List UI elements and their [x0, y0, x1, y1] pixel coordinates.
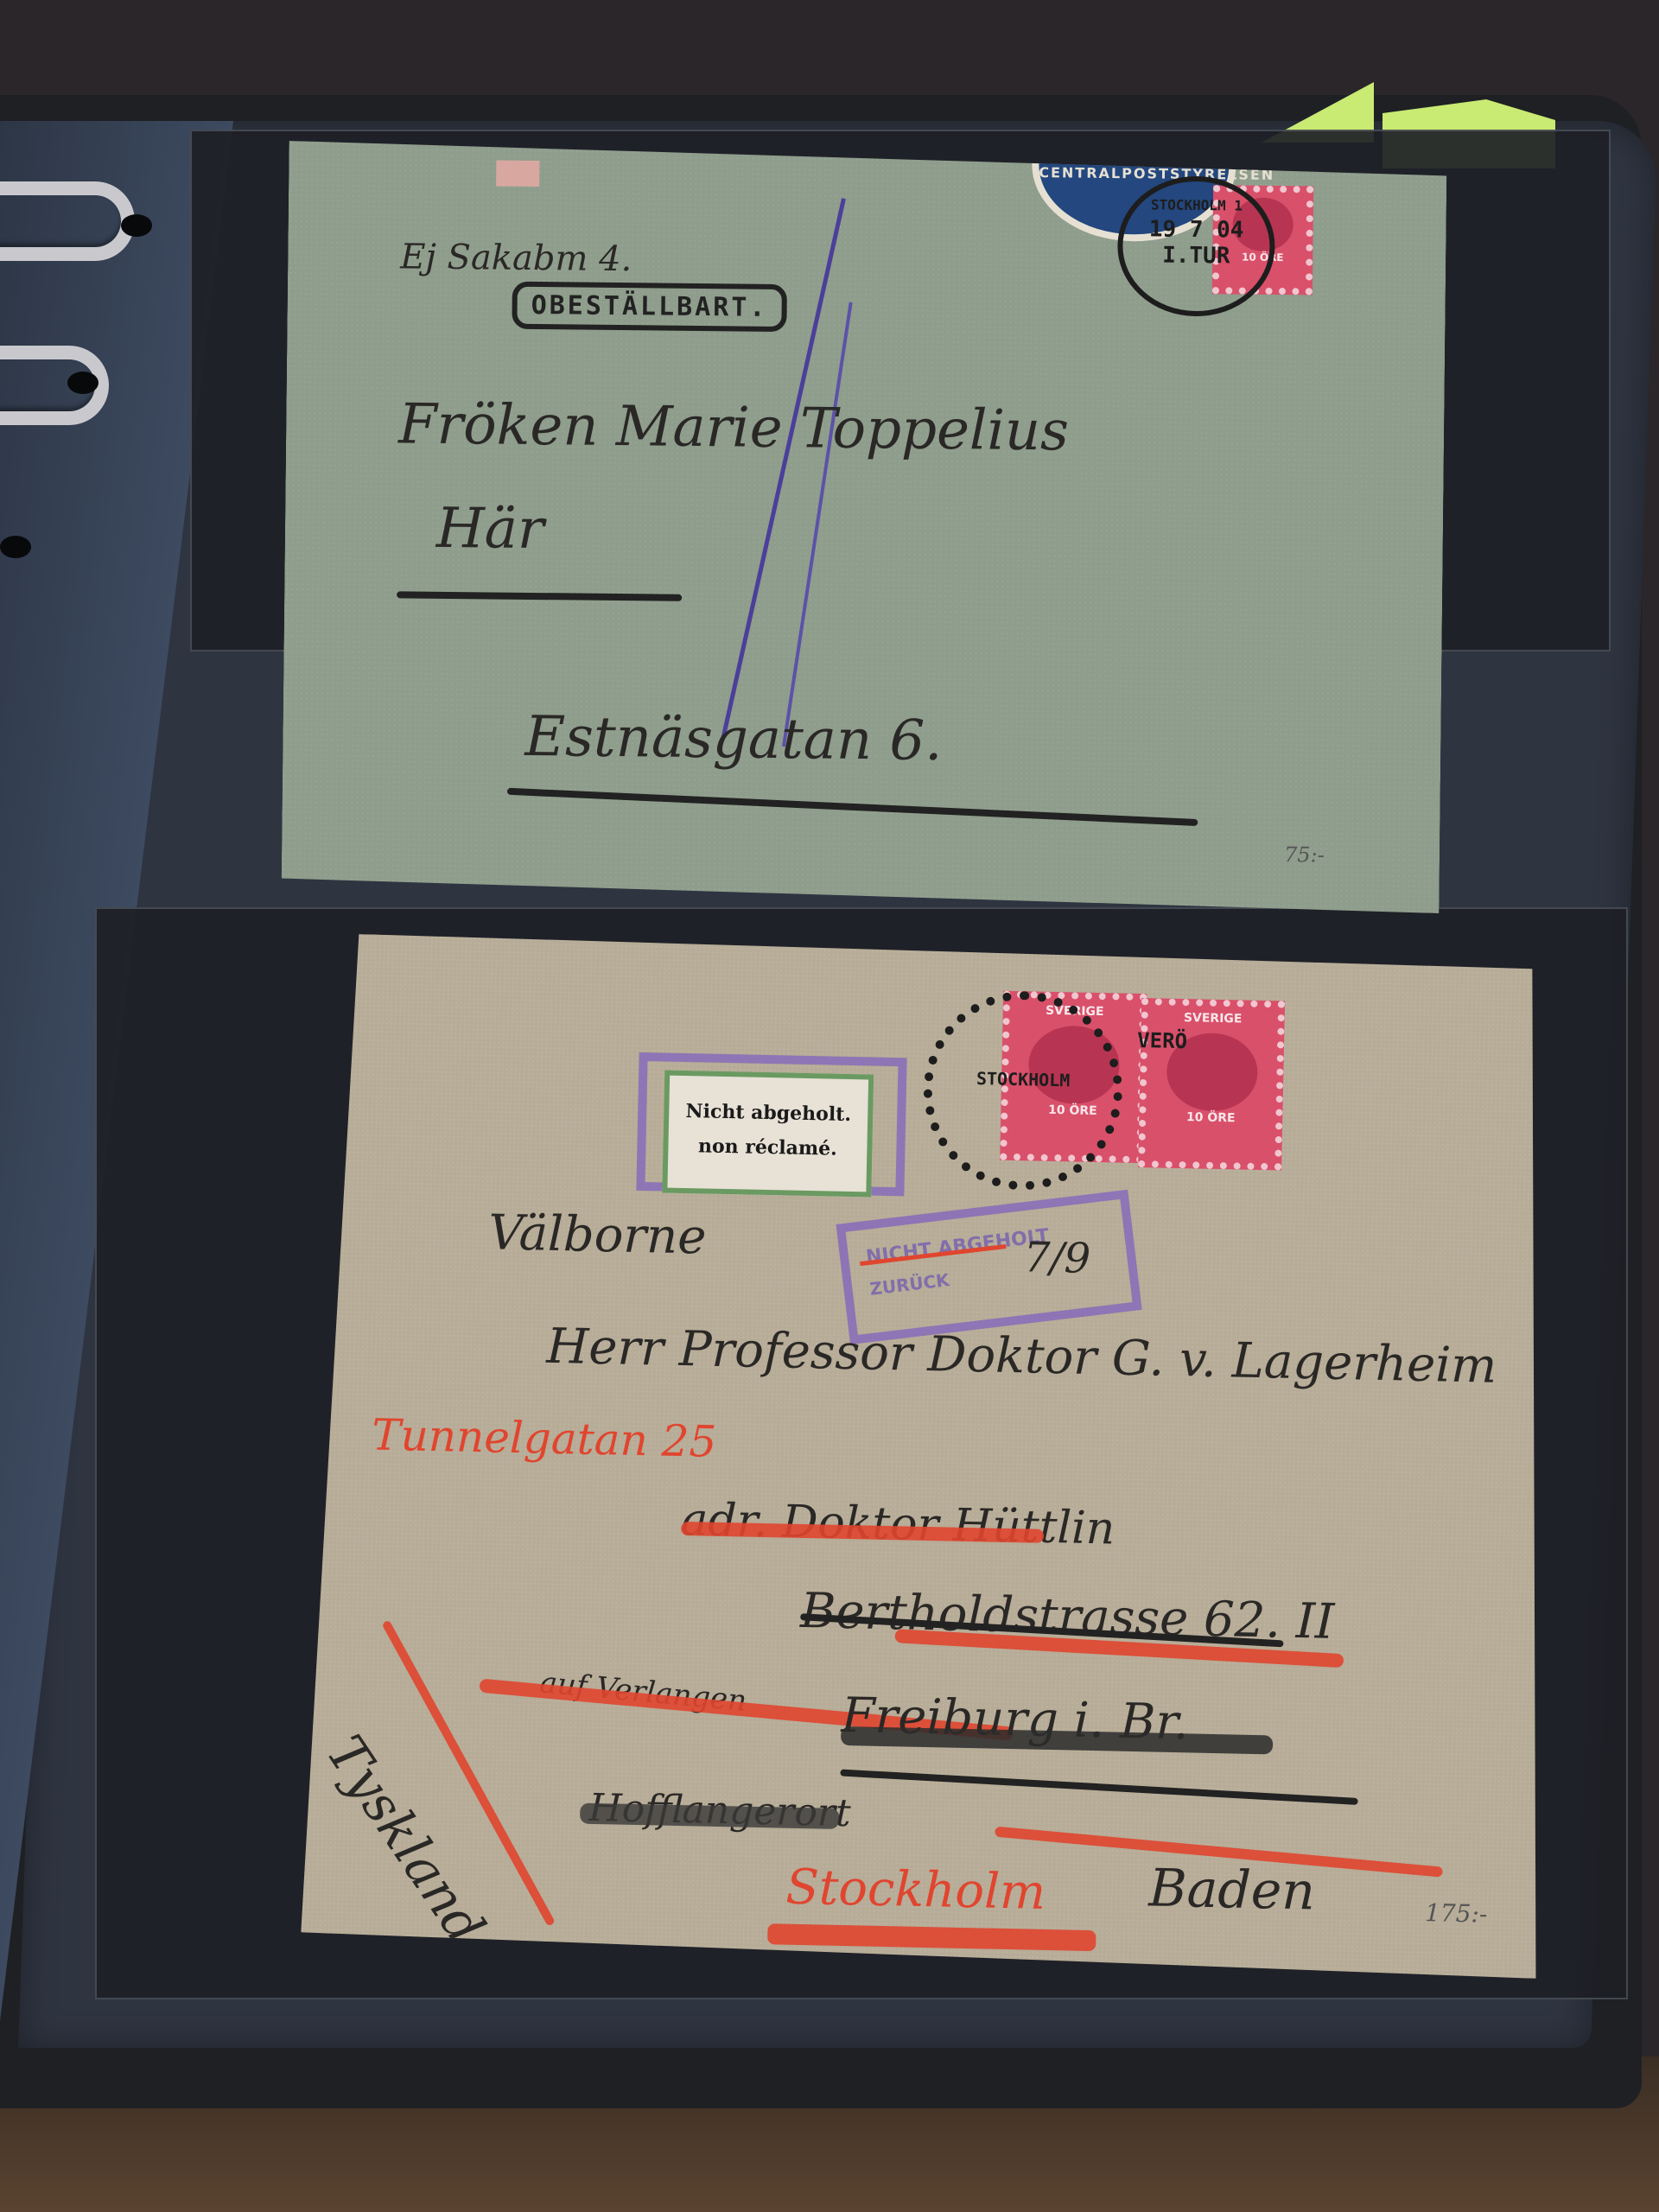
salutation: Välborne	[488, 1205, 707, 1265]
price-note: 75:-	[1284, 842, 1325, 867]
address-line-1: Fröken Marie Toppelius	[398, 392, 1070, 463]
address-line-3: Estnäsgatan 6.	[524, 705, 943, 773]
black-smudge-strikethrough	[841, 1726, 1273, 1754]
price-note: 175:-	[1425, 1898, 1488, 1929]
ring-hole	[121, 214, 152, 237]
forwarding-address: Tunnelgatan 25	[372, 1410, 717, 1467]
torn-stamp-remnant	[496, 161, 539, 188]
undeliverable-handstamp: OBESTÄLLBART.	[512, 282, 786, 332]
address-line-1: Herr Professor Doktor G. v. Lagerheim	[546, 1319, 1497, 1395]
address-line-2: Här	[436, 497, 544, 562]
ring-hole	[67, 372, 99, 394]
postmark: STOCKHOLM 1 19 7 04 I.TUR	[1117, 175, 1276, 317]
address-line-7: Baden	[1148, 1858, 1316, 1922]
not-collected-label: Nicht abgeholt. non réclamé.	[662, 1070, 874, 1197]
underline	[840, 1769, 1358, 1804]
underline	[397, 591, 682, 601]
red-underline	[767, 1923, 1096, 1951]
crayon-line	[782, 302, 853, 747]
not-collected-handstamp: NICHT ABGEHOLT ZURÜCK	[836, 1190, 1142, 1344]
forwarding-city: Stockholm	[785, 1859, 1046, 1921]
ring-hole	[0, 536, 31, 558]
country-note: Tyskland	[315, 1725, 496, 1955]
underline	[507, 788, 1198, 826]
return-date: 7/9	[1023, 1233, 1090, 1283]
note: Ej Sakabm 4.	[400, 237, 632, 279]
binder-ring	[0, 181, 135, 261]
cover-1-envelope[interactable]: CENTRALPOSTSTYRELSEN 10 ÖRE STOCKHOLM 1 …	[281, 141, 1446, 913]
cover-2-envelope[interactable]: Nicht abgeholt. non réclamé. SVERIGE 10 …	[301, 933, 1557, 1979]
